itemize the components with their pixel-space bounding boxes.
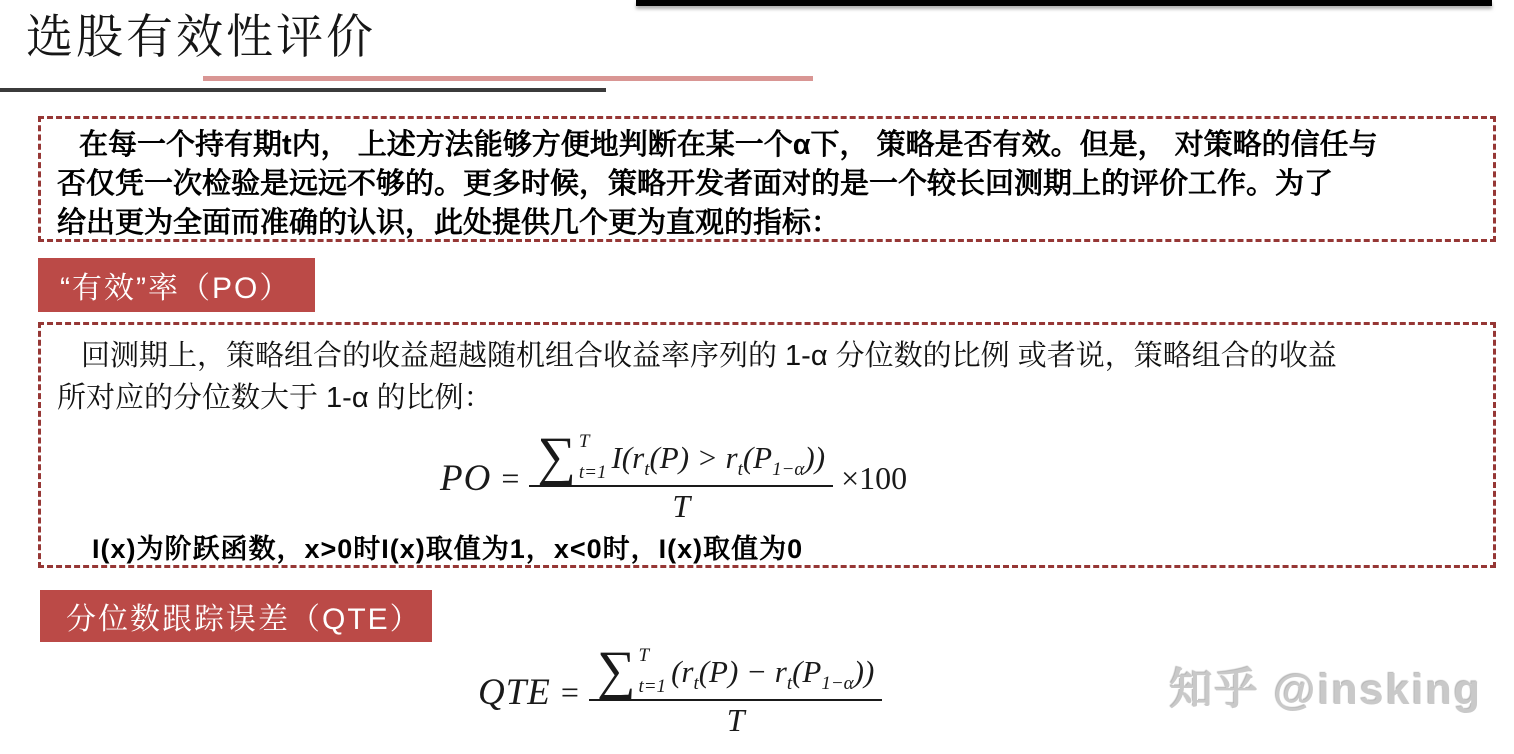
zhihu-watermark: 知乎 @insking	[1170, 656, 1482, 717]
po-formula-numerator: ∑ T t=1 I(rt(P) > rt(P1−α))	[529, 432, 833, 485]
intro-text-line: 否仅凭一次检验是远远不够的。更多时候，策略开发者面对的是一个较长回测期上的评价工…	[57, 165, 1477, 204]
sigma-icon: ∑	[537, 432, 576, 482]
intro-text-line: 给出更为全面而准确的认识，此处提供几个更为直观的指标：	[57, 204, 1477, 243]
po-formula: PO = ∑ T t=1 I(rt(P) > rt(P1−α)) T ×100	[440, 432, 907, 524]
po-formula-denominator: T	[529, 485, 833, 524]
qte-section-label: 分位数跟踪误差（QTE）	[40, 590, 432, 642]
qte-formula: QTE = ∑ T t=1 (rt(P) − rt(P1−α)) T	[478, 646, 882, 738]
top-black-bar	[636, 0, 1492, 6]
po-desc-line: 所对应的分位数大于 1-α 的比例：	[57, 377, 1477, 419]
qte-numerator-expression: (rt(P) − rt(P1−α))	[671, 654, 874, 695]
sum-upper-limit: T	[579, 432, 607, 451]
sum-lower-limit: t=1	[638, 677, 666, 696]
intro-dashed-box: 在每一个持有期t内， 上述方法能够方便地判断在某一个α下， 策略是否有效。但是，…	[38, 116, 1496, 242]
po-numerator-expression: I(rt(P) > rt(P1−α))	[611, 440, 825, 481]
po-formula-lhs: PO	[440, 457, 491, 500]
step-function-note: I(x)为阶跃函数，x>0时I(x)取值为1，x<0时，I(x)取值为0	[92, 527, 803, 566]
summation-symbol: ∑ T t=1	[537, 432, 606, 482]
sum-upper-limit: T	[638, 646, 666, 665]
qte-formula-numerator: ∑ T t=1 (rt(P) − rt(P1−α))	[589, 646, 882, 699]
summation-limits: T t=1	[638, 646, 666, 696]
qte-formula-fraction: ∑ T t=1 (rt(P) − rt(P1−α)) T	[589, 646, 882, 738]
qte-formula-denominator: T	[589, 699, 882, 738]
summation-symbol: ∑ T t=1	[597, 646, 666, 696]
equals-sign: =	[501, 460, 519, 497]
page-title: 选股有效性评价	[26, 0, 376, 67]
equals-sign: =	[561, 674, 579, 711]
po-formula-fraction: ∑ T t=1 I(rt(P) > rt(P1−α)) T	[529, 432, 833, 524]
qte-formula-lhs: QTE	[478, 671, 551, 714]
po-section-label: “有效”率（PO）	[38, 258, 315, 312]
po-formula-multiplier: ×100	[841, 460, 907, 497]
po-desc-line: 回测期上，策略组合的收益超越随机组合收益率序列的 1-α 分位数的比例 或者说，…	[57, 335, 1477, 377]
intro-text-line: 在每一个持有期t内， 上述方法能够方便地判断在某一个α下， 策略是否有效。但是，…	[57, 126, 1477, 165]
summation-limits: T t=1	[579, 432, 607, 482]
title-underline-pink	[203, 76, 813, 81]
sigma-icon: ∑	[597, 646, 636, 696]
title-underline-dark	[0, 88, 606, 92]
sum-lower-limit: t=1	[579, 463, 607, 482]
